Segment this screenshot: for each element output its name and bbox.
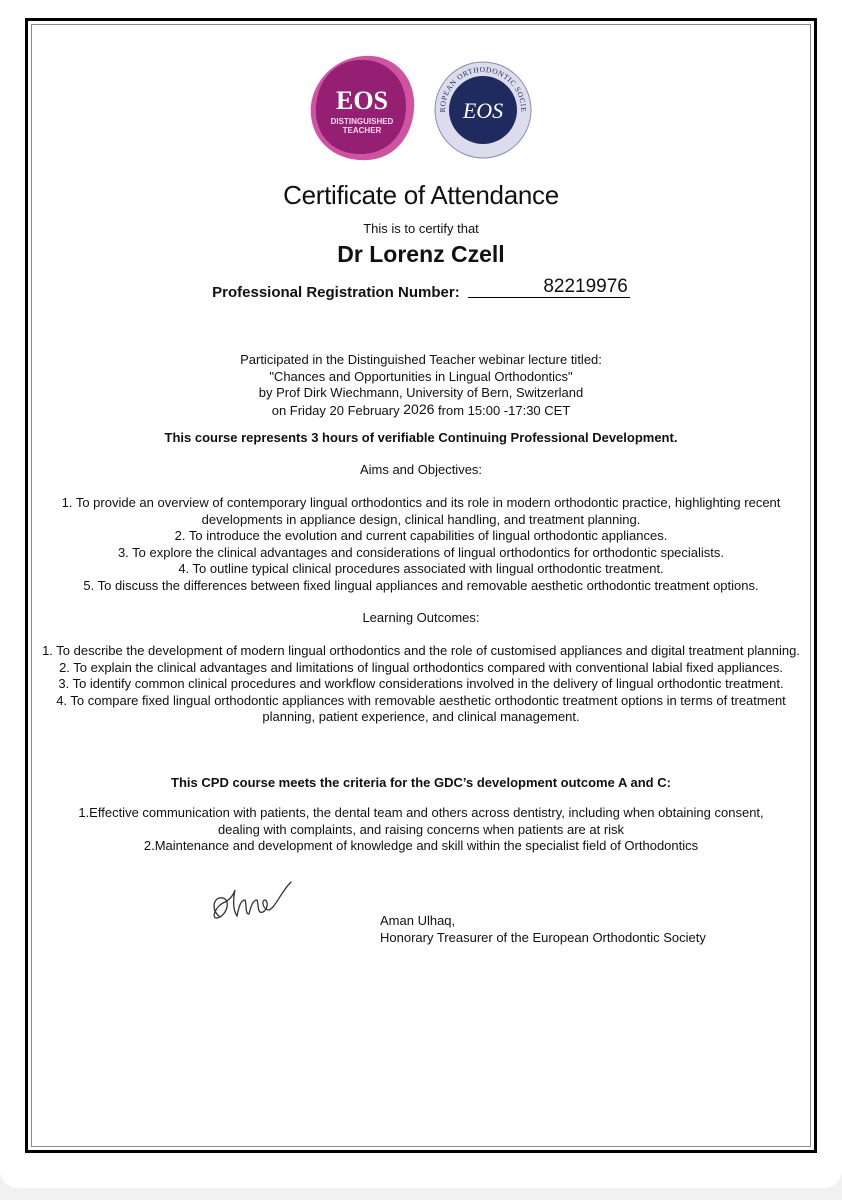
registration-number-field: 82219976 <box>468 277 630 298</box>
aims-heading: Aims and Objectives: <box>30 462 812 477</box>
signer-title: Honorary Treasurer of the European Ortho… <box>380 929 706 946</box>
outcomes-list: 1. To describe the development of modern… <box>30 643 812 726</box>
list-item: 5. To discuss the differences between fi… <box>30 578 812 595</box>
eos-distinguished-teacher-logo-icon: EOS DISTINGUISHED TEACHER <box>308 54 416 162</box>
registration-line: Professional Registration Number: 822199… <box>30 280 812 301</box>
svg-text:DISTINGUISHED: DISTINGUISHED <box>331 117 394 126</box>
svg-text:EOS: EOS <box>336 86 388 115</box>
cpd-statement: This course represents 3 hours of verifi… <box>30 430 812 445</box>
certificate-page: EOS DISTINGUISHED TEACHER EUROPEAN ORTHO… <box>0 0 842 1188</box>
certify-text: This is to certify that <box>30 221 812 236</box>
signer-block: Aman Ulhaq, Honorary Treasurer of the Eu… <box>380 912 706 946</box>
registration-label: Professional Registration Number: <box>212 284 460 301</box>
logo-row: EOS DISTINGUISHED TEACHER EUROPEAN ORTHO… <box>0 54 842 164</box>
european-orthodontic-society-seal-icon: EUROPEAN ORTHODONTIC SOCIETY founded in … <box>433 60 533 160</box>
lecture-intro: Participated in the Distinguished Teache… <box>30 352 812 369</box>
list-item: 2.Maintenance and development of knowled… <box>70 838 772 855</box>
list-item: 2. To introduce the evolution and curren… <box>30 528 812 545</box>
certificate-title: Certificate of Attendance <box>30 180 812 211</box>
recipient-name: Dr Lorenz Czell <box>30 241 812 268</box>
signer-name: Aman Ulhaq, <box>380 912 706 929</box>
aims-list: 1. To provide an overview of contemporar… <box>30 495 812 594</box>
lecture-date: on Friday 20 February 2026 from 15:00 -1… <box>30 402 812 420</box>
list-item: 1. To describe the development of modern… <box>30 643 812 660</box>
lecture-time: from 15:00 -17:30 CET <box>438 403 570 418</box>
lecture-date-prefix: on Friday 20 February <box>272 403 400 418</box>
svg-text:EOS: EOS <box>462 98 503 123</box>
lecture-speaker: by Prof Dirk Wiechmann, University of Be… <box>30 385 812 402</box>
list-item: 4. To outline typical clinical procedure… <box>30 561 812 578</box>
lecture-title: "Chances and Opportunities in Lingual Or… <box>30 369 812 386</box>
list-item: 1.Effective communication with patients,… <box>70 805 772 838</box>
list-item: 3. To explore the clinical advantages an… <box>30 545 812 562</box>
outcomes-heading: Learning Outcomes: <box>30 610 812 625</box>
list-item: 3. To identify common clinical procedure… <box>30 676 812 693</box>
list-item: 4. To compare fixed lingual orthodontic … <box>30 693 812 726</box>
list-item: 2. To explain the clinical advantages an… <box>30 660 812 677</box>
gdc-heading: This CPD course meets the criteria for t… <box>30 775 812 790</box>
lecture-details: Participated in the Distinguished Teache… <box>30 352 812 419</box>
lecture-year: 2026 <box>403 401 434 417</box>
handwritten-signature-icon <box>205 876 305 926</box>
list-item: 1. To provide an overview of contemporar… <box>30 495 812 528</box>
gdc-outcomes-list: 1.Effective communication with patients,… <box>70 805 772 855</box>
svg-text:TEACHER: TEACHER <box>343 126 382 135</box>
